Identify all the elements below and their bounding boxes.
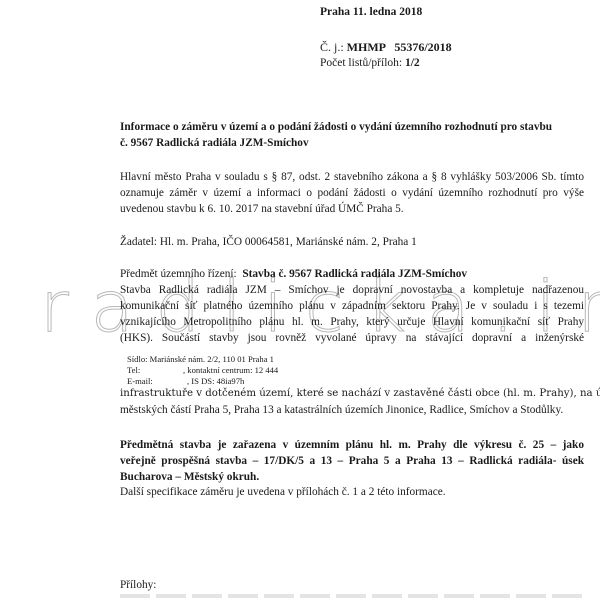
email-value: , IS DS: 48ia97h: [187, 376, 244, 386]
subject-value: Stavba č. 9567 Radlická radiála JZM-Smíc…: [242, 268, 467, 280]
continuation-line-1: infrastruktuře v dotčeném území, které s…: [120, 386, 600, 402]
intro-line-2: oznamuje záměr v území a informaci o pod…: [120, 185, 584, 201]
intro-line-3: uvedenou stavbu k 6. 10. 2017 na stavebn…: [120, 201, 404, 217]
cut-off-text-line: [120, 594, 584, 598]
ref-label: Č. j.:: [320, 40, 347, 54]
plan-statement-line-1: Předmětná stavba je zařazena v územním p…: [120, 437, 584, 453]
reference-number: Č. j.: MHMP 55376/2018: [320, 40, 452, 55]
attachments-label: Přílohy:: [120, 577, 156, 593]
document-title-line-1: Informace o záměru v území a o podání žá…: [120, 119, 552, 135]
subject-line-3: vznikajícího Metropolitního plánu hl. m.…: [120, 314, 584, 330]
subject-heading: Předmět územního řízení: Stavba č. 9567 …: [120, 266, 467, 282]
tel-label: Tel:: [127, 365, 167, 376]
pages-value: 1/2: [405, 57, 420, 69]
intro-line-1: Hlavní město Praha v souladu s § 87, ods…: [120, 169, 584, 185]
subject-line-2: komunikační síť platného územního plánu …: [120, 298, 584, 314]
contact-seat: Sídlo: Mariánské nám. 2/2, 110 01 Praha …: [127, 354, 274, 365]
further-specification: Další specifikace záměru je uvedena v př…: [120, 484, 446, 500]
place-date: Praha 11. ledna 2018: [320, 6, 422, 18]
applicant: Žadatel: Hl. m. Praha, IČO 00064581, Mar…: [120, 234, 417, 250]
pages-label: Počet listů/příloh:: [320, 57, 405, 69]
subject-line-4: (HKS). Součástí stavby jsou rovněž vyvol…: [120, 330, 584, 346]
subject-label: Předmět územního řízení:: [120, 268, 242, 280]
date: 11. ledna 2018: [353, 6, 422, 18]
subject-line-1: Stavba Radlická radiála JZM – Smíchov je…: [120, 282, 584, 298]
plan-statement-line-3: Bucharova – Městský okruh.: [120, 469, 259, 485]
plan-statement-line-2: veřejně prospěšná stavba – 17/DK/5 a 13 …: [120, 453, 584, 469]
continuation-line-2: městských částí Praha 5, Praha 13 a kata…: [120, 402, 563, 418]
tel-value: , kontaktní centrum: 12 444: [183, 365, 278, 375]
ref-value: MHMP 55376/2018: [347, 40, 452, 54]
document-page: Praha 11. ledna 2018 Č. j.: MHMP 55376/2…: [0, 0, 600, 600]
document-title-line-2: č. 9567 Radlická radiála JZM-Smíchov: [120, 135, 309, 151]
contact-tel: Tel:, kontaktní centrum: 12 444: [127, 365, 278, 376]
page-count: Počet listů/příloh: 1/2: [320, 57, 420, 69]
place-label: Praha: [320, 6, 353, 18]
